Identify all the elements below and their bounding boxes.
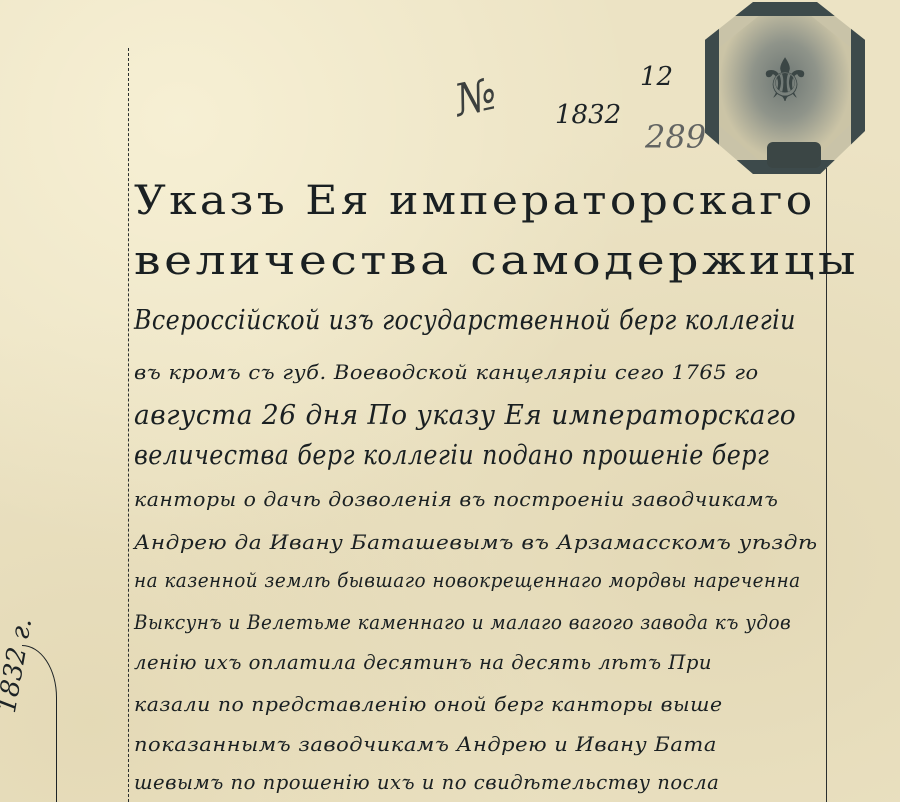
- decree-line-13: показаннымъ заводчикамъ Андрею и Ивану Б…: [134, 732, 689, 756]
- decree-line-8: Андрею да Ивану Баташевымъ въ Арзамасско…: [134, 530, 767, 554]
- decree-line-14: шевымъ по прошенію ихъ и по свидѣтельств…: [134, 770, 731, 794]
- decree-line-1: Указъ Ея императорскаго: [134, 178, 754, 224]
- document-page: 1832 г. № 12 1832 289 ⚜ Указъ Ея императ…: [0, 0, 900, 802]
- pencil-folio-number: 289: [645, 118, 706, 156]
- double-headed-eagle-icon: ⚜: [758, 51, 812, 111]
- seal-stamp-base: [767, 142, 821, 168]
- decree-line-9: на казенной землѣ бывшаго новокрещеннаго…: [134, 568, 859, 592]
- decree-line-11: ленію ихъ оплатила десятинъ на десять лѣ…: [134, 650, 724, 674]
- decree-line-2: величества самодержицы: [134, 238, 748, 284]
- numero-mark: №: [450, 68, 501, 127]
- decree-line-12: казали по представленію оной берг кантор…: [134, 692, 711, 716]
- decree-line-4: въ кромъ съ губ. Воеводской канцеляріи с…: [134, 360, 729, 384]
- decree-line-3: Всероссійской изъ государственной берг к…: [134, 305, 886, 336]
- decree-line-7: канторы о дачѣ дозволенія въ построеніи …: [134, 487, 766, 511]
- left-margin-dashed-rule: [128, 48, 129, 802]
- document-year: 1832: [555, 100, 621, 130]
- decree-line-6: величества берг коллегіи подано прошеніе…: [134, 440, 856, 471]
- document-number: 12: [640, 62, 673, 92]
- octagonal-seal: ⚜: [705, 2, 865, 174]
- decree-line-5: августа 26 дня По указу Ея императорскаг…: [134, 400, 810, 431]
- decree-line-10: Выксунъ и Велетьме каменнаго и малаго ва…: [134, 610, 848, 634]
